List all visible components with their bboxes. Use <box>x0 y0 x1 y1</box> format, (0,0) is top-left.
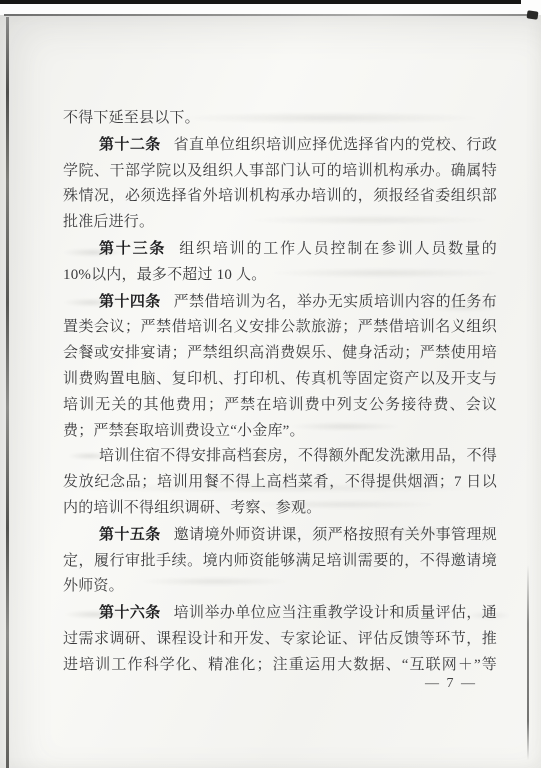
page-top-edge <box>4 14 535 16</box>
text-line: 内的培训不得组织调研、考察、参观。 <box>63 496 497 522</box>
text-line: 第十四条严禁借培训为名，举办无实质培训内容的任务布 <box>63 289 497 316</box>
article-number: 第十四条 <box>99 293 161 310</box>
text-line: 培训无关的其他费用；严禁在培训费中列支公务接待费、会议 <box>63 393 497 419</box>
page-number: — 7 — <box>425 676 477 692</box>
text-line: 进培训工作科学化、精准化；注重运用大数据、“互联网＋”等 <box>63 653 497 679</box>
text-line: 第十五条邀请境外师资讲课，须严格按照有关外事管理规 <box>63 522 497 549</box>
text-line: 置类会议；严禁借培训名义安排公款旅游；严禁借培训名义组织 <box>63 315 497 341</box>
text-line: 过需求调研、课程设计和开发、专家论证、评估反馈等环节，推 <box>63 627 497 653</box>
text-line: 培训住宿不得安排高档套房，不得额外配发洗漱用品，不得 <box>63 444 497 470</box>
text-line: 外师资。 <box>63 574 497 600</box>
text-line: 会餐或安排宴请；严禁组织高消费娱乐、健身活动；严禁使用培 <box>63 341 497 367</box>
document-body: 不得下延至县以下。第十二条省直单位组织培训应择优选择省内的党校、行政学院、干部学… <box>63 106 497 679</box>
text-line: 定，履行审批手续。境内师资能够满足培训需要的，不得邀请境 <box>63 549 497 575</box>
scanner-edge-bar <box>0 0 521 4</box>
article-number: 第十五条 <box>99 526 161 543</box>
page-left-edge <box>6 17 9 768</box>
page-right-edge <box>527 565 529 760</box>
text-line: 第十三条组织培训的工作人员控制在参训人员数量的 <box>63 236 497 263</box>
screenshot-root: { "document": { "page_number": "— 7 —", … <box>0 0 541 768</box>
text-line: 批准后进行。 <box>63 210 497 236</box>
article-number: 第十六条 <box>99 604 161 621</box>
text-line: 发放纪念品；培训用餐不得上高档菜肴，不得提供烟酒；7 日以 <box>63 470 497 496</box>
text-line: 10%以内，最多不超过 10 人。 <box>63 263 497 289</box>
text-line: 训费购置电脑、复印机、打印机、传真机等固定资产以及开支与 <box>63 367 497 393</box>
text-line: 第十六条培训举办单位应当注重教学设计和质量评估，通 <box>63 600 497 627</box>
text-line: 殊情况，必须选择省外培训机构承办培训的，须报经省委组织部 <box>63 184 497 210</box>
article-number: 第十三条 <box>99 240 166 257</box>
text-line: 第十二条省直单位组织培训应择优选择省内的党校、行政 <box>63 132 497 159</box>
page-corner-mark <box>526 10 538 19</box>
text-line: 不得下延至县以下。 <box>63 106 497 132</box>
scanned-page: 不得下延至县以下。第十二条省直单位组织培训应择优选择省内的党校、行政学院、干部学… <box>0 15 541 768</box>
text-line: 学院、干部学院以及组织人事部门认可的培训机构承办。确属特 <box>63 159 497 185</box>
article-number: 第十二条 <box>99 136 161 153</box>
scan-background: 不得下延至县以下。第十二条省直单位组织培训应择优选择省内的党校、行政学院、干部学… <box>0 0 541 768</box>
text-line: 费；严禁套取培训费设立“小金库”。 <box>63 419 497 445</box>
